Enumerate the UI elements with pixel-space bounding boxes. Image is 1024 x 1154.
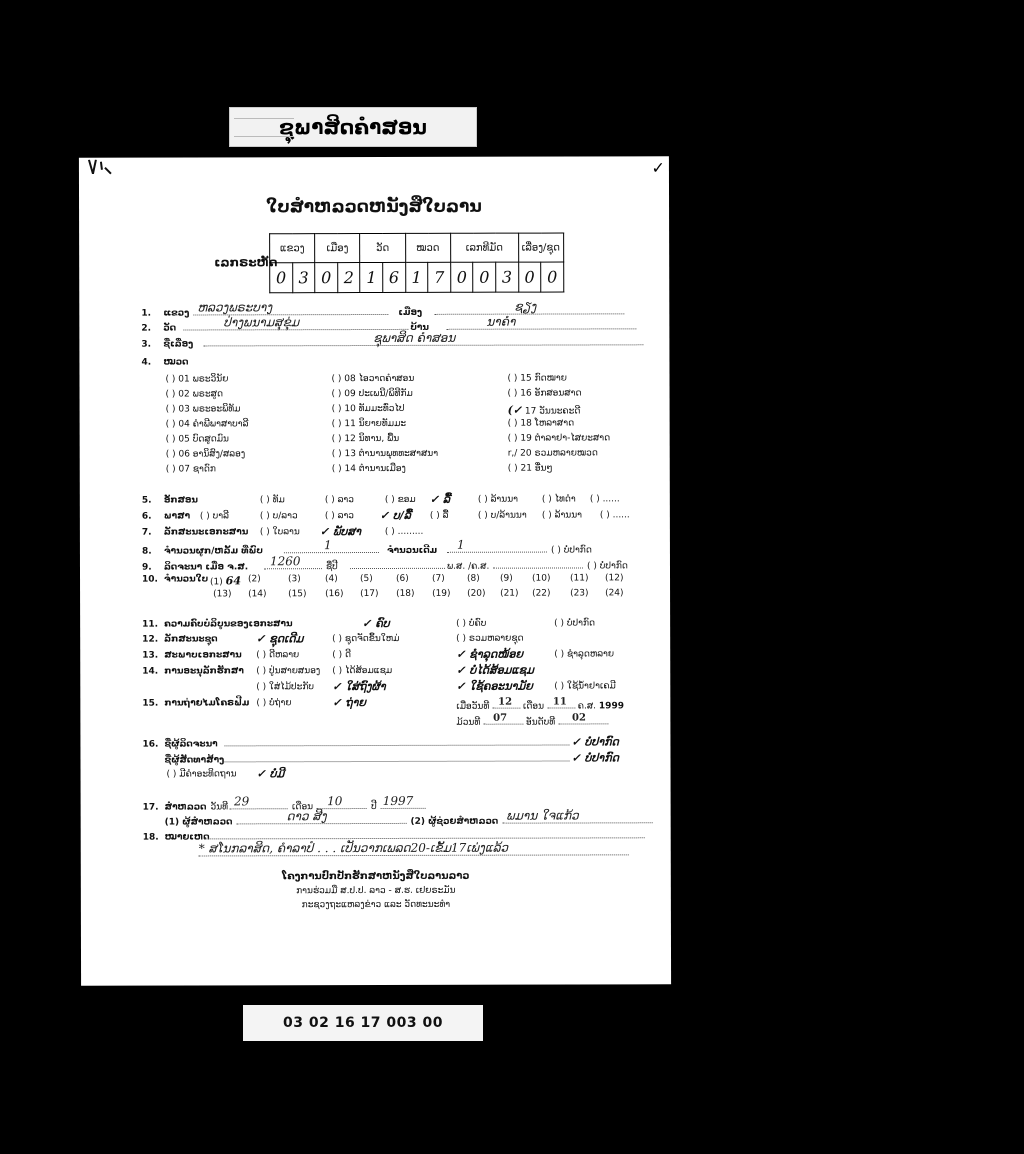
unknown-option[interactable]: ( ) ບໍ່ປາກົດ bbox=[587, 561, 628, 571]
field-label: ຊື່ເລື່ອງ bbox=[163, 339, 203, 349]
village-field[interactable]: ນາຄຳ bbox=[446, 318, 636, 329]
leaf-slot[interactable]: (21) bbox=[500, 589, 519, 599]
field-bundle-count-row: 8. ຈໍານວນຜູກ/ຫລັ້ມ ທີ່ພົບ 1 ຈໍານວນເດີມ 1… bbox=[142, 541, 592, 556]
field-label: ຈໍານວນໃບ bbox=[164, 574, 208, 584]
category-option[interactable]: ( ) 08 ໄອວາດຄໍາສອນ bbox=[331, 374, 414, 384]
leaf-slot[interactable]: (23) bbox=[570, 588, 589, 598]
field-number: 2. bbox=[141, 324, 163, 334]
category-option[interactable]: ( ) 10 ທັມມະທົ່ວໄປ bbox=[332, 404, 405, 414]
code-table: ແຂວງ ເມືອງ ວັດ ໝວດ ເລກທີມັດ ເລື່ອງ/ຊຸດ 0… bbox=[269, 233, 564, 294]
leaf-slot[interactable]: (2) bbox=[248, 574, 261, 584]
field-microfilm-row: 15. ການຖ່າຍໄມໂຄຣຟີມ bbox=[142, 698, 249, 708]
field-number: 18. bbox=[143, 833, 165, 843]
field-composed-date-row: 9. ລິດຈະນາ ເມື່ອ ຈ.ສ. 1260 ຊື່ປີ ພ.ສ. /ຄ… bbox=[142, 557, 628, 572]
language-option[interactable]: ( ) ບ/ລ້ານນາ bbox=[478, 511, 527, 521]
category-option[interactable]: ( ) 14 ຕໍານານເມືອງ bbox=[332, 464, 406, 474]
completeness-option-selected[interactable]: ✓ ຄົບ bbox=[362, 617, 390, 630]
project-name: ໂຄງການປົກປັກຮັກສາຫນັງສືໃບລານລາວ bbox=[81, 869, 671, 885]
conservation-option[interactable]: ( ) ໃສ່ໄມ້ປະກັບ bbox=[256, 682, 314, 692]
doc-type-option-selected[interactable]: ✓ ພັບສາ bbox=[320, 525, 361, 538]
field-number: 11. bbox=[142, 620, 164, 630]
code-digit: 0 bbox=[450, 262, 473, 292]
field-label: ວັດ bbox=[163, 324, 183, 334]
field-label: ຈໍານວນເດີມ bbox=[387, 546, 447, 556]
field-number: 1. bbox=[141, 309, 163, 319]
roll-number-field[interactable]: 07 bbox=[483, 714, 523, 725]
conservation-option-selected[interactable]: ✓ ໃຊ້ຄອະນາມັຍ bbox=[456, 680, 533, 693]
leaf-slot[interactable]: (19) bbox=[432, 589, 451, 599]
leaf-slot[interactable]: (14) bbox=[248, 589, 267, 599]
set-type-option[interactable]: ( ) ຊຸດຈັດຂຶ້ນໃຫມ່ bbox=[332, 634, 399, 644]
prayer-option-selected[interactable]: ✓ ບໍ່ມີ bbox=[257, 767, 285, 780]
conservation-option[interactable]: ( ) ປູ່ນສາຍສນອງ bbox=[256, 666, 320, 676]
category-option[interactable]: ( ) 04 ຄໍາພີພາສາບາລີ bbox=[166, 419, 249, 429]
leaf-slot[interactable]: (3) bbox=[288, 574, 301, 584]
unknown-option[interactable]: ( ) ບໍ່ປາກົດ bbox=[551, 545, 592, 555]
category-option[interactable]: ( ) 11 ນິຍາຍທັມມະ bbox=[332, 419, 406, 429]
field-number: 4. bbox=[141, 358, 163, 368]
field-number: 8. bbox=[142, 547, 164, 557]
code-digit: 1 bbox=[405, 262, 428, 292]
prayer-option[interactable]: ( ) ມີຄໍາອະທິດຖານ bbox=[167, 769, 237, 779]
ministry-line: ກະຊວງຖະແຫລງຂ່າວ ແລະ ວັດທະນະທໍາ bbox=[81, 897, 671, 913]
field-number: 3. bbox=[141, 340, 163, 350]
survey-month-field[interactable]: 10 bbox=[317, 798, 367, 809]
conservation-option[interactable]: ( ) ໃຊ້ນ້ຳຢາເຄມີ bbox=[554, 681, 616, 691]
category-option[interactable]: ( ) 05 ບົດສູດມົນ bbox=[166, 434, 229, 444]
leaf-slot[interactable]: (1) 64 bbox=[210, 574, 241, 587]
language-option[interactable]: ( ) ລື້ bbox=[430, 511, 449, 521]
category-option[interactable]: ( ) 18 ໂຫລາສາດ bbox=[508, 418, 575, 428]
field-label: ການຖ່າຍໄມໂຄຣຟີມ bbox=[164, 698, 249, 708]
code-header-temple: ວັດ bbox=[360, 233, 405, 262]
leaf-count-grid: (1) 64 (2) (3) (4) (5) (6) (7) (8) (9) (… bbox=[210, 573, 630, 604]
field-survey-date-row: 17. ສໍາຫລວດ ວັນທີ 29 ເດືອນ 10 ປີ 1997 bbox=[143, 798, 426, 813]
field-surveyors-row: (1) ຜູ້ສໍາຫລວດ ດາວ ສີງ (2) ຜູ້ຊ່ວຍສໍາຫລວ… bbox=[165, 812, 653, 827]
category-option[interactable]: ( ) 19 ຕໍາລາຢາ-ໄສຍະສາດ bbox=[508, 433, 611, 443]
survey-form-page: ✓ ໃບສໍາຫລວດຫນັງສືໃບລານ ເລກຣະຫັດ ແຂວງ ເມື… bbox=[79, 156, 671, 986]
field-label: ສະພາບເອກະສານ bbox=[164, 650, 241, 660]
sponsor-field[interactable] bbox=[224, 750, 569, 762]
remarks-field-line[interactable]: * ສໂນກລາສິດ, ຄໍາລາປໍ . . . ເປັນວາກເພລດ20… bbox=[199, 844, 629, 856]
remarks-line-2: * ສໂນກລາສິດ, ຄໍາລາປໍ . . . ເປັນວາກເພລດ20… bbox=[199, 844, 629, 856]
leaf-slot[interactable]: (11) bbox=[570, 573, 589, 583]
category-option[interactable]: r,/ 20 ຣວມຫລາຍໝວດ bbox=[508, 448, 598, 458]
leaf-slot[interactable]: (24) bbox=[605, 588, 624, 598]
completeness-option[interactable]: ( ) ບໍ່ປາກົດ bbox=[554, 618, 595, 628]
microfilm-year: 1999 bbox=[599, 701, 624, 711]
field-number: 13. bbox=[142, 651, 164, 661]
script-option[interactable]: ( ) ...... bbox=[590, 494, 620, 504]
category-option[interactable]: ( ) 15 ກົດໝາຍ bbox=[507, 373, 566, 383]
check-mark-icon: ✓ bbox=[652, 158, 665, 177]
field-label: ເມືອງ bbox=[398, 308, 434, 318]
field-language-row: 6. ພາສາ bbox=[142, 511, 190, 521]
field-label: (2) ຜູ້ຊ່ວຍສໍາຫລວດ bbox=[410, 817, 498, 827]
language-option[interactable]: ( ) ບ/ລາວ bbox=[260, 511, 298, 521]
code-digit: 0 bbox=[315, 263, 338, 293]
microfilm-option-selected[interactable]: ✓ ຖ່າຍ bbox=[332, 696, 366, 709]
set-type-option-selected[interactable]: ✓ ຊຸດເດີມ bbox=[256, 632, 303, 645]
bundles-found-field[interactable]: 1 bbox=[284, 542, 379, 553]
category-option-selected[interactable]: (✓ 17 ວັນນະຄະດີ bbox=[508, 403, 581, 416]
leaf-slot[interactable]: (15) bbox=[288, 589, 307, 599]
field-number: 14. bbox=[142, 667, 164, 677]
microfilm-day-field[interactable]: 12 bbox=[492, 698, 520, 709]
assistant-field[interactable]: ພມານ ໃຈແກ້ວ bbox=[502, 812, 652, 823]
cs-year-field[interactable]: 1260 bbox=[264, 558, 322, 569]
field-script-row: 5. ອັກສອນ bbox=[142, 495, 198, 505]
torn-corner-mark bbox=[87, 160, 117, 180]
code-digit: 1 bbox=[360, 262, 383, 292]
reference-code-strip: 03 02 16 17 003 00 bbox=[243, 1005, 483, 1041]
doc-type-option[interactable]: ( ) ......... bbox=[385, 527, 424, 537]
leaf-slot[interactable]: (7) bbox=[432, 574, 445, 584]
survey-year-field[interactable]: 1997 bbox=[381, 798, 426, 809]
language-option[interactable]: ( ) ລ້ານນາ bbox=[542, 510, 582, 520]
field-author-row: 16. ຊື່ຜູ້ລິດຈະນາ ✓ ບໍ່ປາກົດ bbox=[142, 734, 619, 749]
code-header-district: ເມືອງ bbox=[315, 234, 360, 263]
field-label: ການອະນຸລັກຮັກສາ bbox=[164, 666, 244, 676]
field-label: ພ.ສ. /ຄ.ສ. bbox=[447, 562, 493, 572]
language-option-selected[interactable]: ✓ ບ/ລື້ bbox=[380, 509, 411, 522]
code-digit: 0 bbox=[270, 263, 293, 293]
leaf-slot[interactable]: (17) bbox=[360, 589, 379, 599]
leaf-slot[interactable]: (10) bbox=[532, 574, 551, 584]
language-option[interactable]: ( ) ບາລີ bbox=[200, 511, 229, 521]
field-label: ລິດຈະນາ ເມື່ອ ຈ.ສ. bbox=[164, 562, 264, 572]
year-name-field[interactable] bbox=[350, 558, 445, 569]
field-number: 6. bbox=[142, 512, 164, 522]
code-header-category: ໝວດ bbox=[405, 233, 450, 262]
category-option[interactable]: ( ) 21 ອື່ນໆ bbox=[508, 464, 553, 474]
code-digit: 0 bbox=[541, 262, 564, 292]
category-option[interactable]: ( ) 16 ອັກສອນສາດ bbox=[508, 388, 582, 398]
code-label: ເລກຣະຫັດ bbox=[214, 255, 277, 269]
script-option[interactable]: ( ) ລາວ bbox=[325, 495, 354, 505]
condition-option[interactable]: ( ) ດີ bbox=[332, 650, 351, 660]
category-option[interactable]: ( ) 13 ຕໍານານພຸທທະສາສນາ bbox=[332, 449, 438, 459]
field-label: ຊື່ຜູ້ສັດທາສ້າງ bbox=[164, 755, 224, 765]
condition-option[interactable]: ( ) ດີຫລາຍ bbox=[256, 650, 299, 660]
code-digit: 0 bbox=[518, 262, 541, 292]
code-header-bundle-number: ເລກທີມັດ bbox=[450, 233, 518, 262]
code-digit: 6 bbox=[383, 262, 406, 292]
code-digit: 2 bbox=[337, 263, 360, 293]
category-option[interactable]: ( ) 07 ຊາດົກ bbox=[166, 464, 216, 474]
script-option[interactable]: ( ) ໄທດໍາ bbox=[542, 494, 576, 504]
leaf-slot[interactable]: (16) bbox=[325, 589, 344, 599]
script-option[interactable]: ( ) ລ້ານນາ bbox=[478, 495, 518, 505]
code-digit: 3 bbox=[496, 262, 519, 292]
field-label: (1) ຜູ້ສໍາຫລວດ bbox=[165, 817, 233, 827]
original-count-field[interactable]: 1 bbox=[447, 542, 547, 553]
field-leaf-count-row: 10. ຈໍານວນໃບ bbox=[142, 574, 208, 584]
district-field[interactable]: ຊຽງ bbox=[434, 303, 624, 314]
language-option[interactable]: ( ) ...... bbox=[600, 510, 630, 520]
leaf-slot[interactable]: (5) bbox=[360, 574, 373, 584]
strip-rule bbox=[234, 118, 294, 119]
leaf-slot[interactable]: (9) bbox=[500, 574, 513, 584]
field-number: 10. bbox=[142, 575, 164, 585]
field-label: ຄວາມຄົບບໍລິບູນຂອງເອກະສານ bbox=[164, 619, 292, 629]
category-option[interactable]: ( ) 02 ພຣະສູດ bbox=[166, 389, 223, 399]
category-option[interactable]: ( ) 03 ພຣະອະພິທັມ bbox=[166, 404, 241, 414]
code-digit: 0 bbox=[473, 262, 496, 292]
leaf-slot[interactable]: (4) bbox=[325, 574, 338, 584]
sponsor-unknown-option[interactable]: ✓ ບໍ່ປາກົດ bbox=[571, 751, 619, 764]
script-option[interactable]: ( ) ຂອມ bbox=[385, 495, 416, 505]
set-type-option[interactable]: ( ) ຣວມຫລາຍຊຸດ bbox=[456, 634, 523, 644]
title-label-strip: ຊຸພາສິດຄໍາສອນ bbox=[229, 107, 477, 147]
field-set-type-row: 12. ລັກສະນະຊຸດ bbox=[142, 634, 218, 644]
field-number: 7. bbox=[142, 528, 164, 538]
code-header-title-set: ເລື່ອງ/ຊຸດ bbox=[518, 233, 563, 262]
code-digit: 3 bbox=[292, 263, 315, 293]
conservation-option[interactable]: ( ) ໄດ້ສ້ອມແຊມ bbox=[332, 666, 392, 676]
leaf-slot[interactable]: (8) bbox=[467, 574, 480, 584]
microfilm-option[interactable]: ( ) ບໍ່ຖ່າຍ bbox=[256, 698, 291, 708]
condition-option[interactable]: ( ) ຊໍາລຸດຫລາຍ bbox=[554, 649, 614, 659]
code-digit: 7 bbox=[428, 262, 451, 292]
field-doc-type-row: 7. ລັກສະນະເອກະສານ bbox=[142, 527, 248, 537]
field-condition-row: 13. ສະພາບເອກະສານ bbox=[142, 650, 241, 660]
leaf-slot[interactable]: (18) bbox=[396, 589, 415, 599]
field-label: ຈໍານວນຜູກ/ຫລັ້ມ ທີ່ພົບ bbox=[164, 546, 284, 556]
temple-field[interactable]: ປ່າງພນາມສຸຂຸ່ມ bbox=[183, 319, 408, 331]
microfilm-date: ເມື່ອວັນທີ 12 ເດືອນ 11 ຄ.ສ. 1999 bbox=[456, 697, 624, 711]
category-options: ( ) 01 ພຣະວິນັຍ ( ) 02 ພຣະສູດ ( ) 03 ພຣະ… bbox=[165, 373, 645, 484]
field-number: 17. bbox=[143, 803, 165, 813]
category-option[interactable]: ( ) 06 ອານິສົງ/ສລອງ bbox=[166, 449, 245, 459]
field-label: ລັກສະນະຊຸດ bbox=[164, 634, 218, 644]
field-number: 15. bbox=[142, 699, 164, 709]
form-footer: ໂຄງການປົກປັກຮັກສາຫນັງສືໃບລານລາວ ການຮ່ວມມ… bbox=[81, 869, 671, 913]
field-conservation-row: 14. ການອະນຸລັກຮັກສາ bbox=[142, 666, 244, 676]
field-label: ຊື່ຜູ້ລິດຈະນາ bbox=[164, 739, 224, 749]
leaf-slot[interactable]: (12) bbox=[605, 573, 624, 583]
field-number: 16. bbox=[142, 740, 164, 750]
category-option[interactable]: ( ) 09 ປະເພນີ/ພິທີກັມ bbox=[332, 389, 413, 399]
microfilm-month-field[interactable]: 11 bbox=[547, 697, 575, 708]
doc-type-option[interactable]: ( ) ໃບລານ bbox=[260, 527, 300, 537]
leaf-slot[interactable]: (20) bbox=[467, 589, 486, 599]
surveyor-field[interactable]: ດາວ ສີງ bbox=[236, 813, 406, 824]
category-option[interactable]: ( ) 12 ນິທານ, ພື້ນ bbox=[332, 434, 400, 444]
field-label: ສໍາຫລວດ bbox=[165, 802, 207, 812]
field-category-row: 4. ໝວດ bbox=[141, 357, 188, 367]
field-number: 12. bbox=[142, 635, 164, 645]
field-province-row: 1. ແຂວງ ຫລວງພຣະບາງ ເມືອງ ຊຽງ bbox=[141, 303, 624, 318]
language-option[interactable]: ( ) ລາວ bbox=[325, 511, 354, 521]
author-field[interactable] bbox=[224, 734, 569, 746]
category-option[interactable]: ( ) 01 ພຣະວິນັຍ bbox=[165, 374, 228, 384]
field-sponsor-row: ຊື່ຜູ້ສັດທາສ້າງ ✓ ບໍ່ປາກົດ bbox=[164, 750, 619, 765]
condition-option-selected[interactable]: ✓ ຊໍາລຸດໜ້ອຍ bbox=[456, 648, 523, 661]
province-field[interactable]: ຫລວງພຣະບາງ bbox=[193, 304, 388, 316]
code-header-province: ແຂວງ bbox=[270, 234, 315, 263]
field-number: 9. bbox=[142, 563, 164, 573]
be-ce-year-field[interactable] bbox=[493, 557, 583, 568]
field-label: ອັກສອນ bbox=[164, 495, 198, 505]
manuscript-title-label: ຊຸພາສິດຄໍາສອນ bbox=[279, 115, 427, 139]
author-unknown-option[interactable]: ✓ ບໍ່ປາກົດ bbox=[571, 735, 619, 748]
survey-day-field[interactable]: 29 bbox=[230, 798, 288, 809]
reference-code: 03 02 16 17 003 00 bbox=[283, 1015, 443, 1031]
field-completeness-row: 11. ຄວາມຄົບບໍລິບູນຂອງເອກະສານ bbox=[142, 619, 292, 629]
completeness-option[interactable]: ( ) ບໍ່ຄົບ bbox=[456, 619, 486, 629]
strip-rule bbox=[234, 136, 294, 137]
field-label: ລັກສະນະເອກະສານ bbox=[164, 527, 248, 537]
microfilm-roll: ມ້ວນທີ 07 ອັນດັບທີ 02 bbox=[456, 713, 608, 727]
frame-number-field[interactable]: 02 bbox=[558, 713, 608, 724]
conservation-option-selected[interactable]: ✓ ບໍ່ໄດ້ສ້ອມແຊມ bbox=[456, 664, 534, 677]
leaf-slot[interactable]: (13) bbox=[213, 589, 232, 599]
leaf-slot[interactable]: (6) bbox=[396, 574, 409, 584]
field-number: 5. bbox=[142, 496, 164, 506]
field-label: ພາສາ bbox=[164, 511, 190, 521]
leaf-slot[interactable]: (22) bbox=[532, 589, 551, 599]
script-option-selected[interactable]: ✓ ລື້ bbox=[430, 493, 450, 506]
field-label: ຊື່ປີ bbox=[326, 562, 350, 572]
cooperation-line: ການຮ່ວມມື ສ.ປ.ປ. ລາວ - ສ.ຮ. ເຢຍຣະມັນ bbox=[81, 883, 671, 899]
title-field[interactable]: ຊຸພາສິດ ຄໍາສອນ bbox=[203, 334, 643, 346]
field-title-row: 3. ຊື່ເລື່ອງ ຊຸພາສິດ ຄໍາສອນ bbox=[141, 334, 643, 349]
form-title: ໃບສໍາຫລວດຫນັງສືໃບລານ bbox=[79, 196, 669, 218]
field-label: ແຂວງ bbox=[163, 308, 193, 318]
field-label: ໝວດ bbox=[163, 357, 188, 367]
conservation-option-selected[interactable]: ✓ ໃສ່ຖົງຜ້າ bbox=[332, 680, 385, 693]
script-option[interactable]: ( ) ທັມ bbox=[260, 495, 285, 505]
remarks-field[interactable] bbox=[205, 827, 645, 839]
